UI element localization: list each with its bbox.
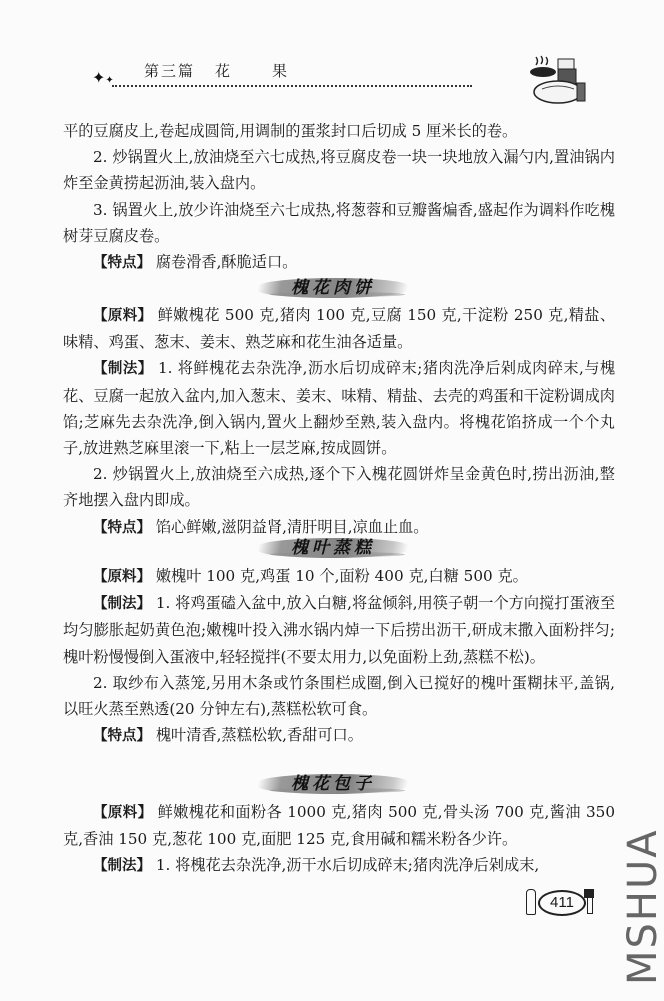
method-label: 【制法】 [93, 858, 151, 874]
page-number-badge: 411 [524, 887, 596, 915]
ingredients-paragraph: 【原料】 嫩槐叶 100 克,鸡蛋 10 个,面粉 400 克,白糖 500 克… [63, 563, 615, 590]
paragraph: 2. 炒锅置火上,放油烧至六七成热,将豆腐皮卷一块一块地放入漏勺内,置油锅内炸至… [63, 144, 615, 196]
paragraph: 3. 锅置火上,放少许油烧至六七成热,将葱蓉和豆瓣酱煸香,盛起作为调料作吃槐树芽… [63, 197, 615, 249]
recipe-body: 【原料】 鲜嫩槐花 500 克,猪肉 100 克,豆腐 150 克,干淀粉 25… [63, 302, 615, 541]
chapter-title: 第三篇花果 [144, 60, 289, 81]
feature-label: 【特点】 [93, 255, 151, 271]
step-paragraph: 2. 取纱布入蒸笼,另用木条或竹条围栏成圈,倒入已搅好的槐叶蛋糊抹平,盖锅,以旺… [63, 670, 615, 722]
section-heading: 槐叶蒸糕 [258, 530, 408, 562]
page-number: 411 [538, 890, 586, 916]
method-label: 【制法】 [93, 596, 151, 612]
method-paragraph: 【制法】 1. 将鲜槐花去杂洗净,沥水后切成碎末;猪肉洗净后剁成肉碎末,与槐花、… [63, 355, 615, 461]
ingredients-paragraph: 【原料】 鲜嫩槐花 500 克,猪肉 100 克,豆腐 150 克,干淀粉 25… [63, 302, 615, 355]
recipe-title: 槐叶蒸糕 [258, 533, 408, 558]
knife-icon [526, 889, 536, 915]
chapter-word-2: 果 [272, 62, 289, 80]
chef-with-dish-icon [528, 55, 590, 105]
method-label: 【制法】 [93, 361, 153, 377]
ingredients-label: 【原料】 [93, 308, 152, 324]
ingredients-label: 【原料】 [93, 805, 152, 821]
ingredients-label: 【原料】 [93, 569, 151, 585]
section-heading: 槐花肉饼 [258, 270, 408, 302]
ingredients-paragraph: 【原料】 鲜嫩槐花和面粉各 1000 克,猪肉 500 克,骨头汤 700 克,… [63, 799, 615, 852]
step-text: 1. 将槐花去杂洗净,沥干水后切成碎末;猪肉洗净后剁成末, [156, 856, 539, 874]
section-heading: 槐花包子 [258, 766, 408, 798]
sparkle-stars-icon: ✦✦ [92, 70, 114, 89]
running-header: ✦✦ 第三篇花果 [92, 52, 472, 92]
chapter-word-1: 花 [215, 62, 232, 80]
watermark: MSHUA [620, 828, 664, 985]
recipe-title: 槐花包子 [258, 769, 408, 794]
paragraph: 平的豆腐皮上,卷起成圆筒,用调制的蛋浆封口后切成 5 厘米长的卷。 [63, 118, 615, 144]
ingredients-text: 嫩槐叶 100 克,鸡蛋 10 个,面粉 400 克,白糖 500 克。 [156, 567, 528, 585]
dotted-rule [112, 85, 472, 87]
feature-text: 腐卷滑香,酥脆适口。 [156, 253, 298, 271]
fork-icon [584, 889, 594, 913]
intro-section: 平的豆腐皮上,卷起成圆筒,用调制的蛋浆封口后切成 5 厘米长的卷。 2. 炒锅置… [63, 118, 615, 276]
recipe-body: 【原料】 鲜嫩槐花和面粉各 1000 克,猪肉 500 克,骨头汤 700 克,… [63, 799, 615, 880]
feature-paragraph: 【特点】 槐叶清香,蒸糕松软,香甜可口。 [63, 722, 615, 749]
step-paragraph: 2. 炒锅置火上,放油烧至六成热,逐个下入槐花圆饼炸呈金黄色时,捞出沥油,整齐地… [63, 461, 615, 513]
recipe-body: 【原料】 嫩槐叶 100 克,鸡蛋 10 个,面粉 400 克,白糖 500 克… [63, 563, 615, 749]
method-paragraph: 【制法】 1. 将鸡蛋磕入盆中,放入白糖,将盆倾斜,用筷子朝一个方向搅打蛋液至均… [63, 590, 615, 670]
recipe-title: 槐花肉饼 [258, 273, 408, 298]
feature-text: 槐叶清香,蒸糕松软,香甜可口。 [156, 726, 363, 744]
part-label: 第三篇 [144, 62, 195, 80]
method-paragraph: 【制法】 1. 将槐花去杂洗净,沥干水后切成碎末;猪肉洗净后剁成末, [63, 852, 615, 879]
feature-label: 【特点】 [93, 728, 151, 744]
feature-label: 【特点】 [93, 520, 151, 536]
